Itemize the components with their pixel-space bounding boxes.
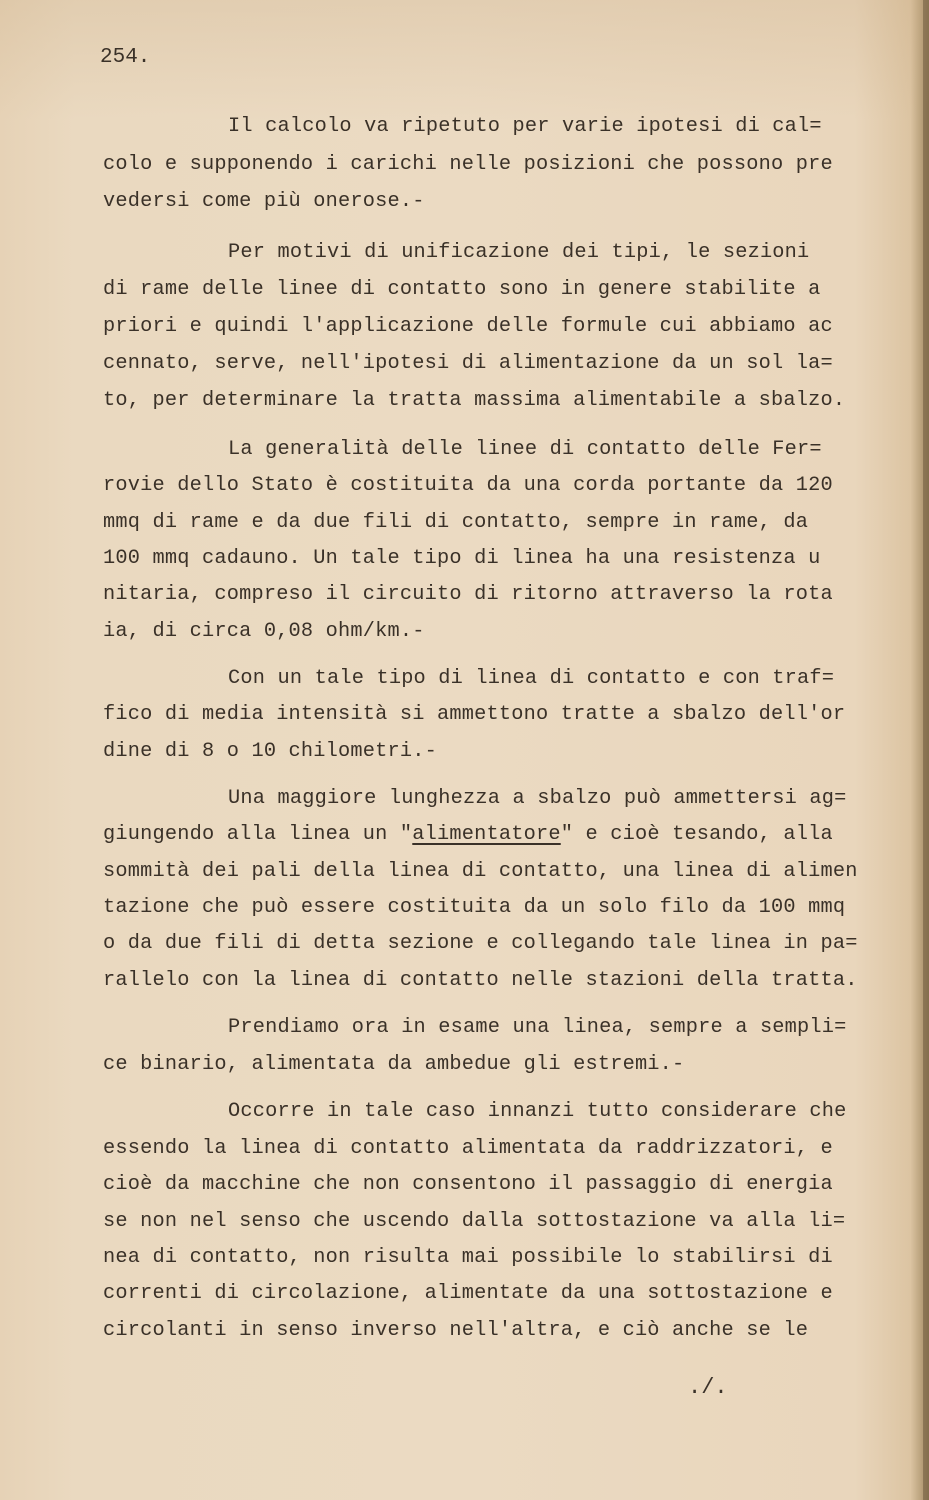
text-line: di rame delle linee di contatto sono in …	[103, 278, 821, 301]
text-line: La generalità delle linee di contatto de…	[228, 438, 822, 461]
page-number: 254.	[100, 46, 150, 69]
document-page: 254. Il calcolo va ripetuto per varie ip…	[0, 0, 929, 1500]
text-line: vedersi come più onerose.-	[103, 190, 425, 213]
text-line: nitaria, compreso il circuito di ritorno…	[103, 583, 833, 606]
text-line: priori e quindi l'applicazione delle for…	[103, 315, 833, 338]
text-line: se non nel senso che uscendo dalla sotto…	[103, 1210, 845, 1233]
text-line: 100 mmq cadauno. Un tale tipo di linea h…	[103, 547, 821, 570]
text-line: cennato, serve, nell'ipotesi di alimenta…	[103, 352, 833, 375]
text-line: to, per determinare la tratta massima al…	[103, 389, 845, 412]
text-line: circolanti in senso inverso nell'altra, …	[103, 1319, 808, 1342]
page-edge	[923, 0, 929, 1500]
text-line: sommità dei pali della linea di contatto…	[103, 860, 858, 883]
text-line: cioè da macchine che non consentono il p…	[103, 1173, 833, 1196]
text-line: Il calcolo va ripetuto per varie ipotesi…	[228, 115, 822, 138]
text-line: Per motivi di unificazione dei tipi, le …	[228, 241, 809, 264]
text-line: o da due fili di detta sezione e collega…	[103, 932, 858, 955]
continuation-mark: ./.	[688, 1375, 728, 1400]
text-line: giungendo alla linea un "alimentatore" e…	[103, 823, 833, 846]
text-line: correnti di circolazione, alimentate da …	[103, 1282, 833, 1305]
text-line: Prendiamo ora in esame una linea, sempre…	[228, 1016, 847, 1039]
text-line: mmq di rame e da due fili di contatto, s…	[103, 511, 808, 534]
text-line: nea di contatto, non risulta mai possibi…	[103, 1246, 833, 1269]
text-line: Con un tale tipo di linea di contatto e …	[228, 667, 834, 690]
text-line: ce binario, alimentata da ambedue gli es…	[103, 1053, 684, 1076]
underlined-term: alimentatore	[412, 823, 560, 846]
text-line: dine di 8 o 10 chilometri.-	[103, 740, 437, 763]
text-line: colo e supponendo i carichi nelle posizi…	[103, 153, 833, 176]
text-line: fico di media intensità si ammettono tra…	[103, 703, 845, 726]
text-line: rallelo con la linea di contatto nelle s…	[103, 969, 858, 992]
text-line: Occorre in tale caso innanzi tutto consi…	[228, 1100, 847, 1123]
text-line: ia, di circa 0,08 ohm/km.-	[103, 620, 425, 643]
text-line: tazione che può essere costituita da un …	[103, 896, 845, 919]
text-line: essendo la linea di contatto alimentata …	[103, 1137, 833, 1160]
text-line: rovie dello Stato è costituita da una co…	[103, 474, 833, 497]
text-line: Una maggiore lunghezza a sbalzo può amme…	[228, 787, 847, 810]
